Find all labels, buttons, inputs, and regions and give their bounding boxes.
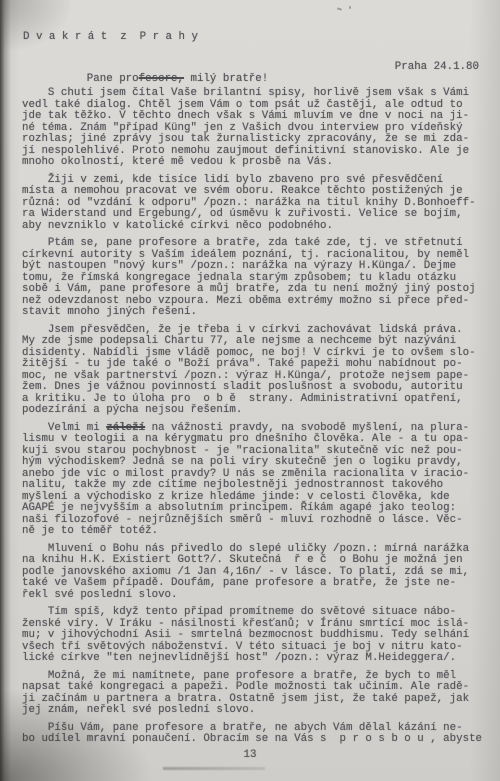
salutation-text: Pane pro [61,73,139,85]
page-number: 13 [0,749,500,761]
scan-speck [337,7,342,10]
paragraph-5: Velmi mi záleží na vážnosti pravdy, na s… [22,423,480,538]
paragraph-3: Ptám se, pane profesore a bratře, zda ta… [22,238,480,319]
paragraph-9: Píšu Vám, pane profesore a bratře, ne ab… [22,723,480,746]
letter-title: D v a k r á t z P r a h y [23,31,198,43]
struck-out-text: fesore, [139,73,184,85]
overstruck-word: záleží [106,422,145,434]
paragraph-1: S chutí jsem čítal Vaše brilantní spisy,… [22,88,480,169]
paragraph-8: Možná, že mi namítnete, pane profesore a… [22,671,480,717]
salutation-text: milý bratře! [184,73,268,85]
paragraph-6: Mluvení o Bohu nás přivedlo do slepé uli… [22,544,480,602]
scan-smudge [163,767,265,770]
paragraph-7: Tím spíš, když tento případ promítneme d… [22,607,480,665]
paragraph-5-start: Velmi mi [22,422,106,434]
paragraph-4: Jsem přesvědčen, že je třeba i v církvi … [22,325,480,417]
letter-body: S chutí jsem čítal Vaše brilantní spisy,… [22,88,480,752]
scan-speck [349,6,351,9]
paragraph-5-rest: na vážnosti pravdy, na svobodě myšlení, … [22,422,469,538]
paragraph-2: Žiji v zemi, kde tisíce lidí bylo zbaven… [22,175,480,233]
scanned-letter-page: D v a k r á t z P r a h y Pane profesore… [0,0,500,781]
